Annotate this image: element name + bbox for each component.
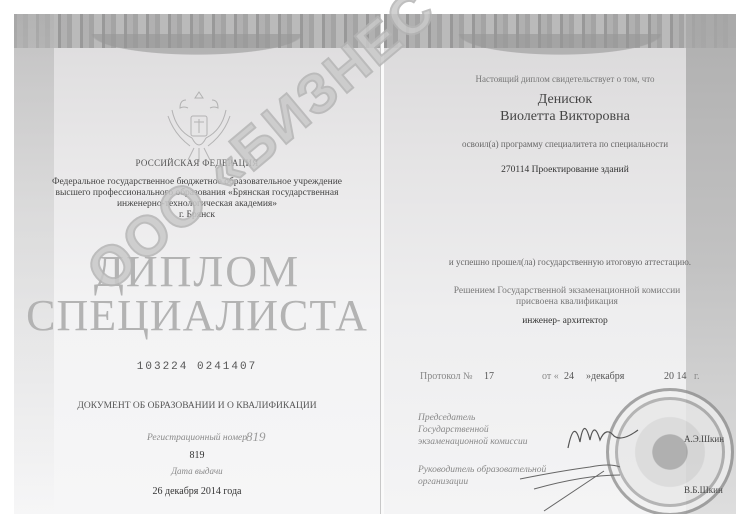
chair-signature-icon <box>564 414 644 454</box>
attestation-statement: и успешно прошел(ла) государственную ито… <box>384 257 736 267</box>
head-signature-icon <box>514 459 624 514</box>
specialty: 270114 Проектирование зданий <box>384 165 736 175</box>
diploma-title: ДИПЛОМ <box>14 250 380 294</box>
ornament-curve <box>384 34 736 70</box>
chair-line: Государственной <box>418 424 527 436</box>
diploma-subtitle: СПЕЦИАЛИСТА <box>14 294 380 338</box>
chair-name: А.Э.Шкин <box>684 434 724 444</box>
institution-name: Федеральное государственное бюджетное об… <box>14 177 380 221</box>
registration-handwritten: 819 <box>246 429 266 445</box>
issue-date-label: Дата выдачи <box>14 466 380 476</box>
decision-line: Решением Государственной экзаменационной… <box>398 286 736 297</box>
protocol-number: 17 <box>484 371 494 382</box>
head-name: В.Б.Шкин <box>684 485 723 495</box>
serial-number: 103224 0241407 <box>14 361 380 373</box>
program-statement: освоил(а) программу специалитета по спец… <box>384 139 736 149</box>
institution-line: Федеральное государственное бюджетное об… <box>34 177 360 188</box>
registration-number: 819 <box>14 450 380 461</box>
ornament-curve <box>14 34 380 70</box>
protocol-label: Протокол № <box>420 371 473 382</box>
chair-line: экзаменационной комиссии <box>418 436 527 448</box>
decision-line: присвоена квалификация <box>398 297 736 308</box>
graduate-surname: Денисюк <box>384 92 736 108</box>
protocol-day: 24 <box>564 371 574 382</box>
diploma-spread: РОССИЙСКАЯ ФЕДЕРАЦИЯ Федеральное государ… <box>14 14 736 514</box>
commission-decision: Решением Государственной экзаменационной… <box>384 286 736 308</box>
diploma-content-page: Настоящий диплом свидетельствует о том, … <box>384 14 736 514</box>
qualification: инженер- архитектор <box>384 316 736 326</box>
issue-date: 26 декабря 2014 года <box>14 486 380 497</box>
protocol-year-suffix: г. <box>694 371 699 382</box>
protocol-from-label: от « <box>542 371 559 382</box>
institution-city: г. Брянск <box>34 210 360 221</box>
certification-intro: Настоящий диплом свидетельствует о том, … <box>384 74 736 84</box>
protocol-month: »декабря <box>586 371 624 382</box>
chair-line: Председатель <box>418 412 527 424</box>
country-name: РОССИЙСКАЯ ФЕДЕРАЦИЯ <box>14 158 380 168</box>
registration-label: Регистрационный номер <box>14 433 380 443</box>
institution-line: высшего профессионального образования «Б… <box>34 188 360 199</box>
commission-chair-title: Председатель Государственной экзаменацио… <box>418 412 527 448</box>
institution-line: инженерно-технологическая академия» <box>34 199 360 210</box>
graduate-given-names: Виолетта Викторовна <box>384 109 736 125</box>
double-headed-eagle-emblem-icon <box>164 86 234 166</box>
protocol-year: 20 14 <box>664 371 687 382</box>
diploma-cover-page: РОССИЙСКАЯ ФЕДЕРАЦИЯ Федеральное государ… <box>14 14 380 514</box>
document-type: ДОКУМЕНТ ОБ ОБРАЗОВАНИИ И О КВАЛИФИКАЦИИ <box>14 401 380 411</box>
